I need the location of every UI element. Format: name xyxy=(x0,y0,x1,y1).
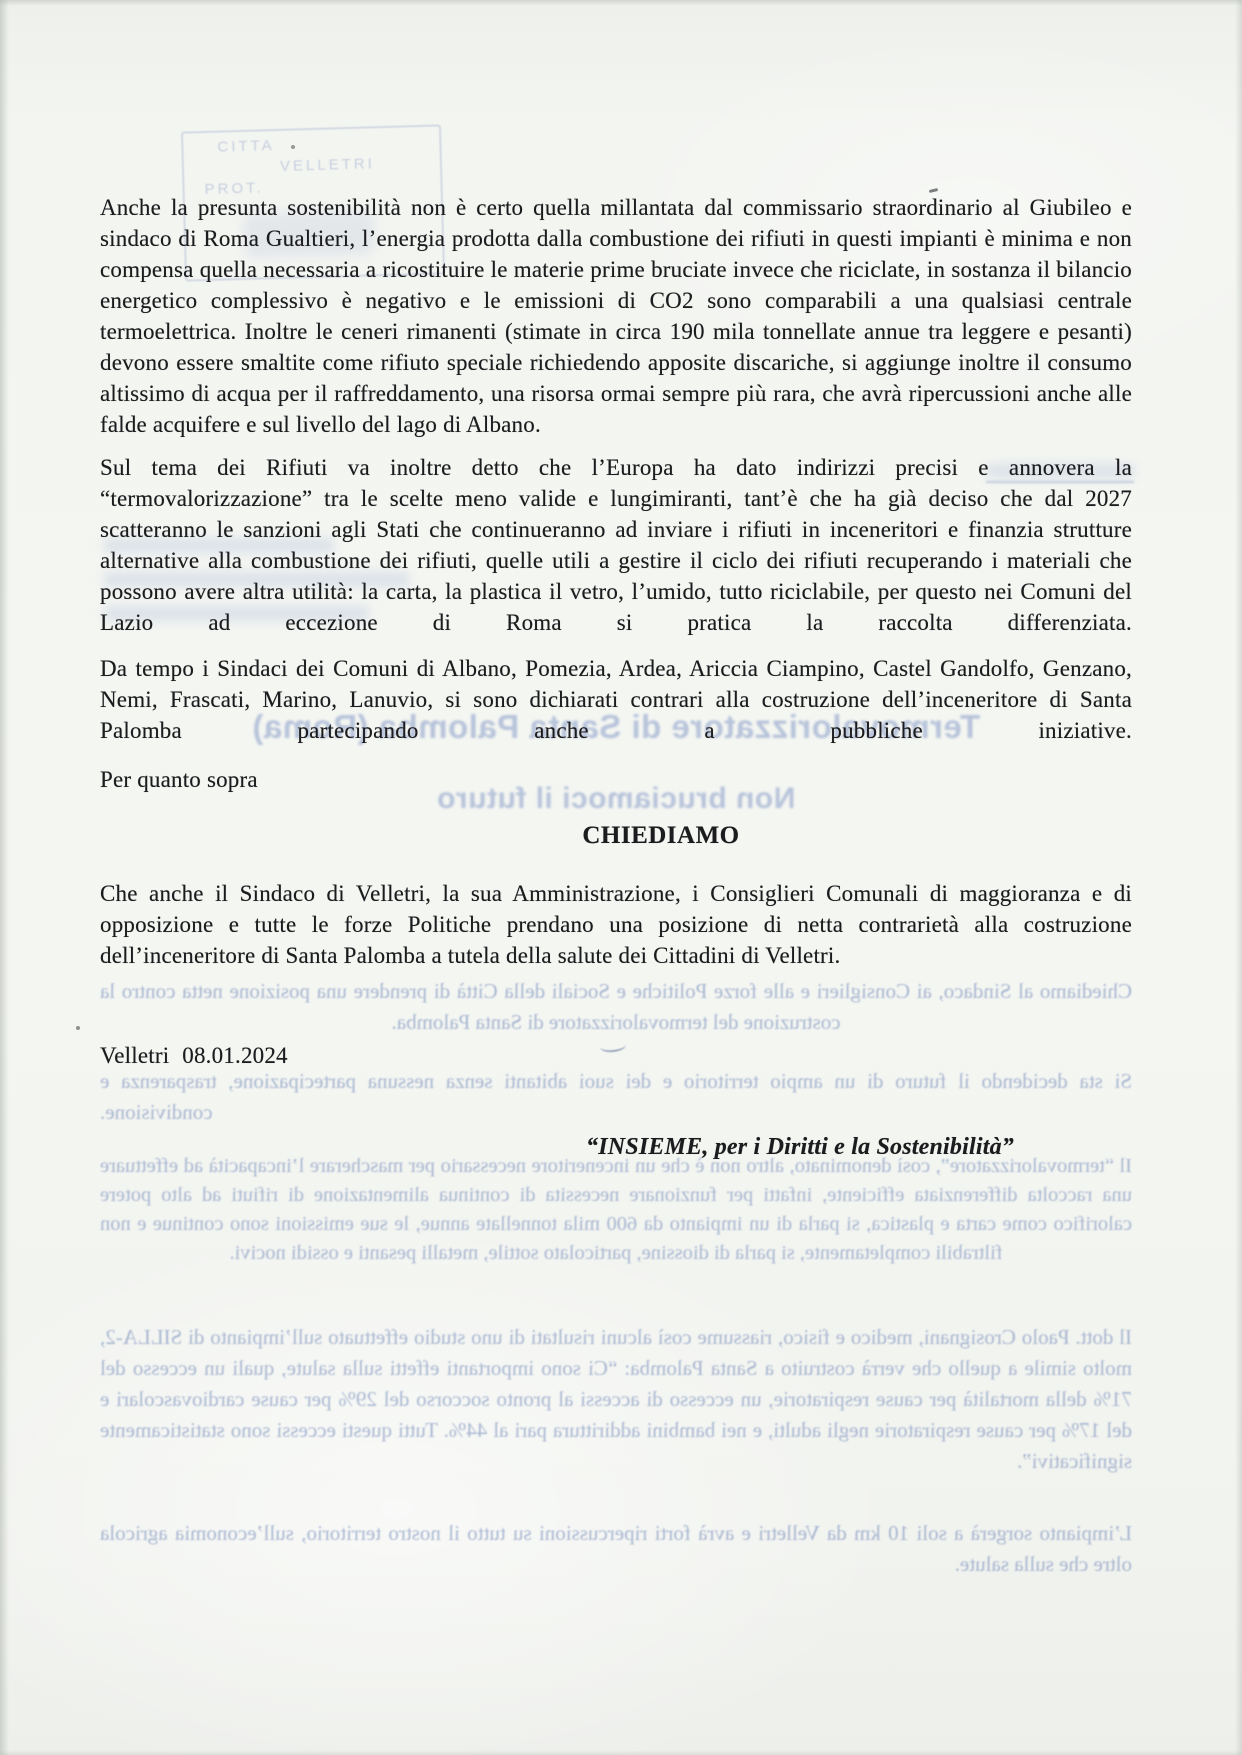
page-edge-shadow xyxy=(0,0,1242,6)
lead-in-line: Per quanto sopra xyxy=(100,764,1132,795)
scan-speck xyxy=(291,145,295,149)
opening-paragraph: Anche la presunta sostenibilità non è ce… xyxy=(100,192,1132,440)
chiediamo-heading: CHIEDIAMO xyxy=(100,820,1132,851)
stamp-text-fragment: CITTA xyxy=(217,137,275,156)
page-edge-shadow xyxy=(1235,0,1242,1755)
bleed-paragraph-mirrored: L’impianto sorgerà a soli 10 km da Velle… xyxy=(100,1518,1132,1580)
bleed-paragraph-mirrored: Chiediamo al Sindaco, ai Consiglieri e a… xyxy=(100,976,1132,1038)
stamp-text-fragment: VELLETRI xyxy=(280,155,375,175)
signature-line: “INSIEME, per i Diritti e la Sostenibili… xyxy=(586,1132,1106,1163)
scan-speck xyxy=(76,1026,80,1030)
bleed-paragraph-mirrored: Il dott. Paolo Crosignani, medico e fisi… xyxy=(100,1322,1132,1477)
mayors-paragraph: Da tempo i Sindaci dei Comuni di Albano,… xyxy=(100,653,1132,746)
request-paragraph: Che anche il Sindaco di Velletri, la sua… xyxy=(100,878,1132,971)
bleed-paragraph-mirrored: Il “termovalorizzatore”, così denominato… xyxy=(100,1152,1132,1268)
waste-policy-paragraph: Sul tema dei Rifiuti va inoltre detto ch… xyxy=(100,452,1132,638)
page-edge-shadow xyxy=(0,1750,1242,1755)
bleed-paragraph-mirrored: Si sta decidendo il futuro di un ampio t… xyxy=(100,1066,1132,1128)
page-edge-shadow xyxy=(0,0,9,1755)
scanned-letter-page: Termovalorizzatore di Santa Palomba (Rom… xyxy=(0,0,1242,1755)
